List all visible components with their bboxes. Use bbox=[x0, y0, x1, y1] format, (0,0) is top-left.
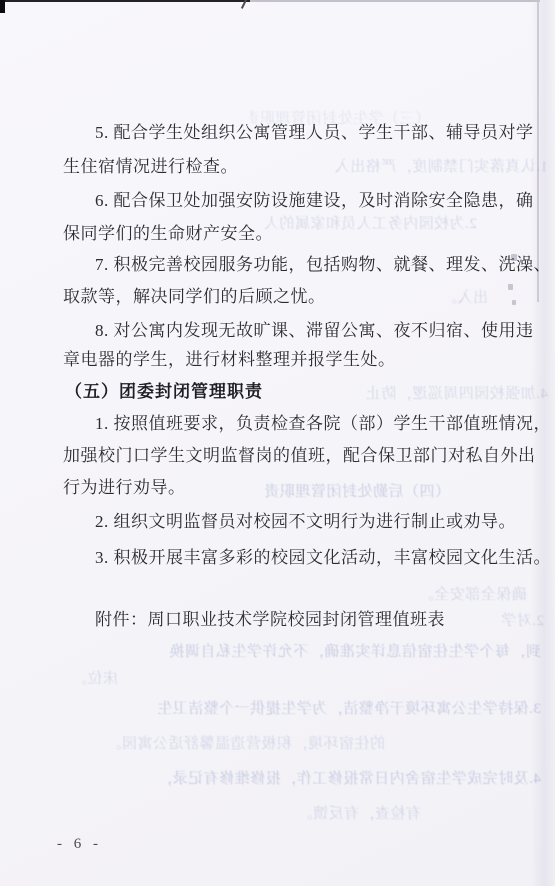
document-line: 1. 按照值班要求，负责检查各院（部）学生干部值班情况， bbox=[95, 413, 551, 435]
section-heading: （五）团委封闭管理职责 bbox=[65, 381, 263, 403]
bleedthrough-line: 出入。 bbox=[436, 286, 488, 307]
bleedthrough-line: 到，每个学生住宿信息详实准确，不允许学生私自调换 bbox=[63, 640, 541, 661]
document-line: 8. 对公寓内发现无故旷课、滞留公寓、夜不归宿、使用违 bbox=[95, 320, 534, 342]
scan-edge-top-light bbox=[250, 0, 540, 2]
document-line: 章电器的学生，进行材料整理并报学生处。 bbox=[63, 349, 396, 371]
attachment-line: 附件：周口职业技术学院校园封闭管理值班表 bbox=[95, 609, 445, 631]
document-line: 3. 积极开展丰富多彩的校园文化活动，丰富校园文化生活。 bbox=[95, 547, 551, 569]
bleedthrough-line: 2.为校园内务工人员和家属的人 bbox=[265, 212, 477, 233]
document-line: 保同学们的生命财产安全。 bbox=[63, 223, 273, 245]
bleedthrough-line: 的住宿环境，积极营造温馨舒适公寓园。 bbox=[75, 732, 385, 753]
page-number: - 6 - bbox=[57, 836, 102, 853]
document-line: 生住宿情况进行检查。 bbox=[63, 156, 238, 178]
bleedthrough-line: 4.及时完成学生宿舍内日常报修工作，报修维修有记录， bbox=[63, 767, 541, 788]
bleedthrough-line: 3.保持学生公寓环境干净整洁，为学生提供一个整洁卫生 bbox=[63, 697, 541, 718]
bleedthrough-line: 确保全部安全。 bbox=[402, 583, 527, 604]
bleedthrough-line: 4.加强校园四周巡逻，防止 bbox=[350, 382, 548, 403]
document-line: 5. 配合学生处组织公寓管理人员、学生干部、辅导员对学 bbox=[95, 122, 534, 144]
bleedthrough-line: 有检查，有反馈。 bbox=[286, 802, 421, 823]
bleedthrough-line: 2.对学 bbox=[486, 609, 544, 630]
document-line: 加强校门口学生文明监督岗的值班，配合保卫部门对私自外出 bbox=[63, 445, 536, 467]
document-line: 2. 组织文明监督员对校园不文明行为进行制止或劝导。 bbox=[95, 511, 516, 533]
bleedthrough-line: 床位。 bbox=[63, 667, 118, 688]
document-line: 6. 配合保卫处加强安防设施建设，及时消除安全隐患，确 bbox=[95, 190, 534, 212]
scan-speck bbox=[508, 284, 513, 290]
scan-speck bbox=[512, 300, 516, 305]
bleedthrough-line: （四）后勤处封闭管理职责 bbox=[222, 480, 450, 501]
scan-corner-mark bbox=[0, 0, 5, 13]
page-edge-shadow bbox=[531, 0, 555, 886]
document-line: 行为进行劝导。 bbox=[63, 477, 186, 499]
scanned-page: （三）学生处封闭管理职责 1.认真落实门禁制度，严格出入 2.为校园内务工人员和… bbox=[0, 0, 555, 886]
scan-edge-top-dark bbox=[0, 0, 250, 2]
document-line: 取款等，解决同学们的后顾之忧。 bbox=[63, 286, 326, 308]
bleedthrough-line: 1.认真落实门禁制度，严格出入 bbox=[300, 155, 548, 176]
document-line: 7. 积极完善校园服务功能，包括购物、就餐、理发、洗澡、 bbox=[95, 254, 551, 276]
